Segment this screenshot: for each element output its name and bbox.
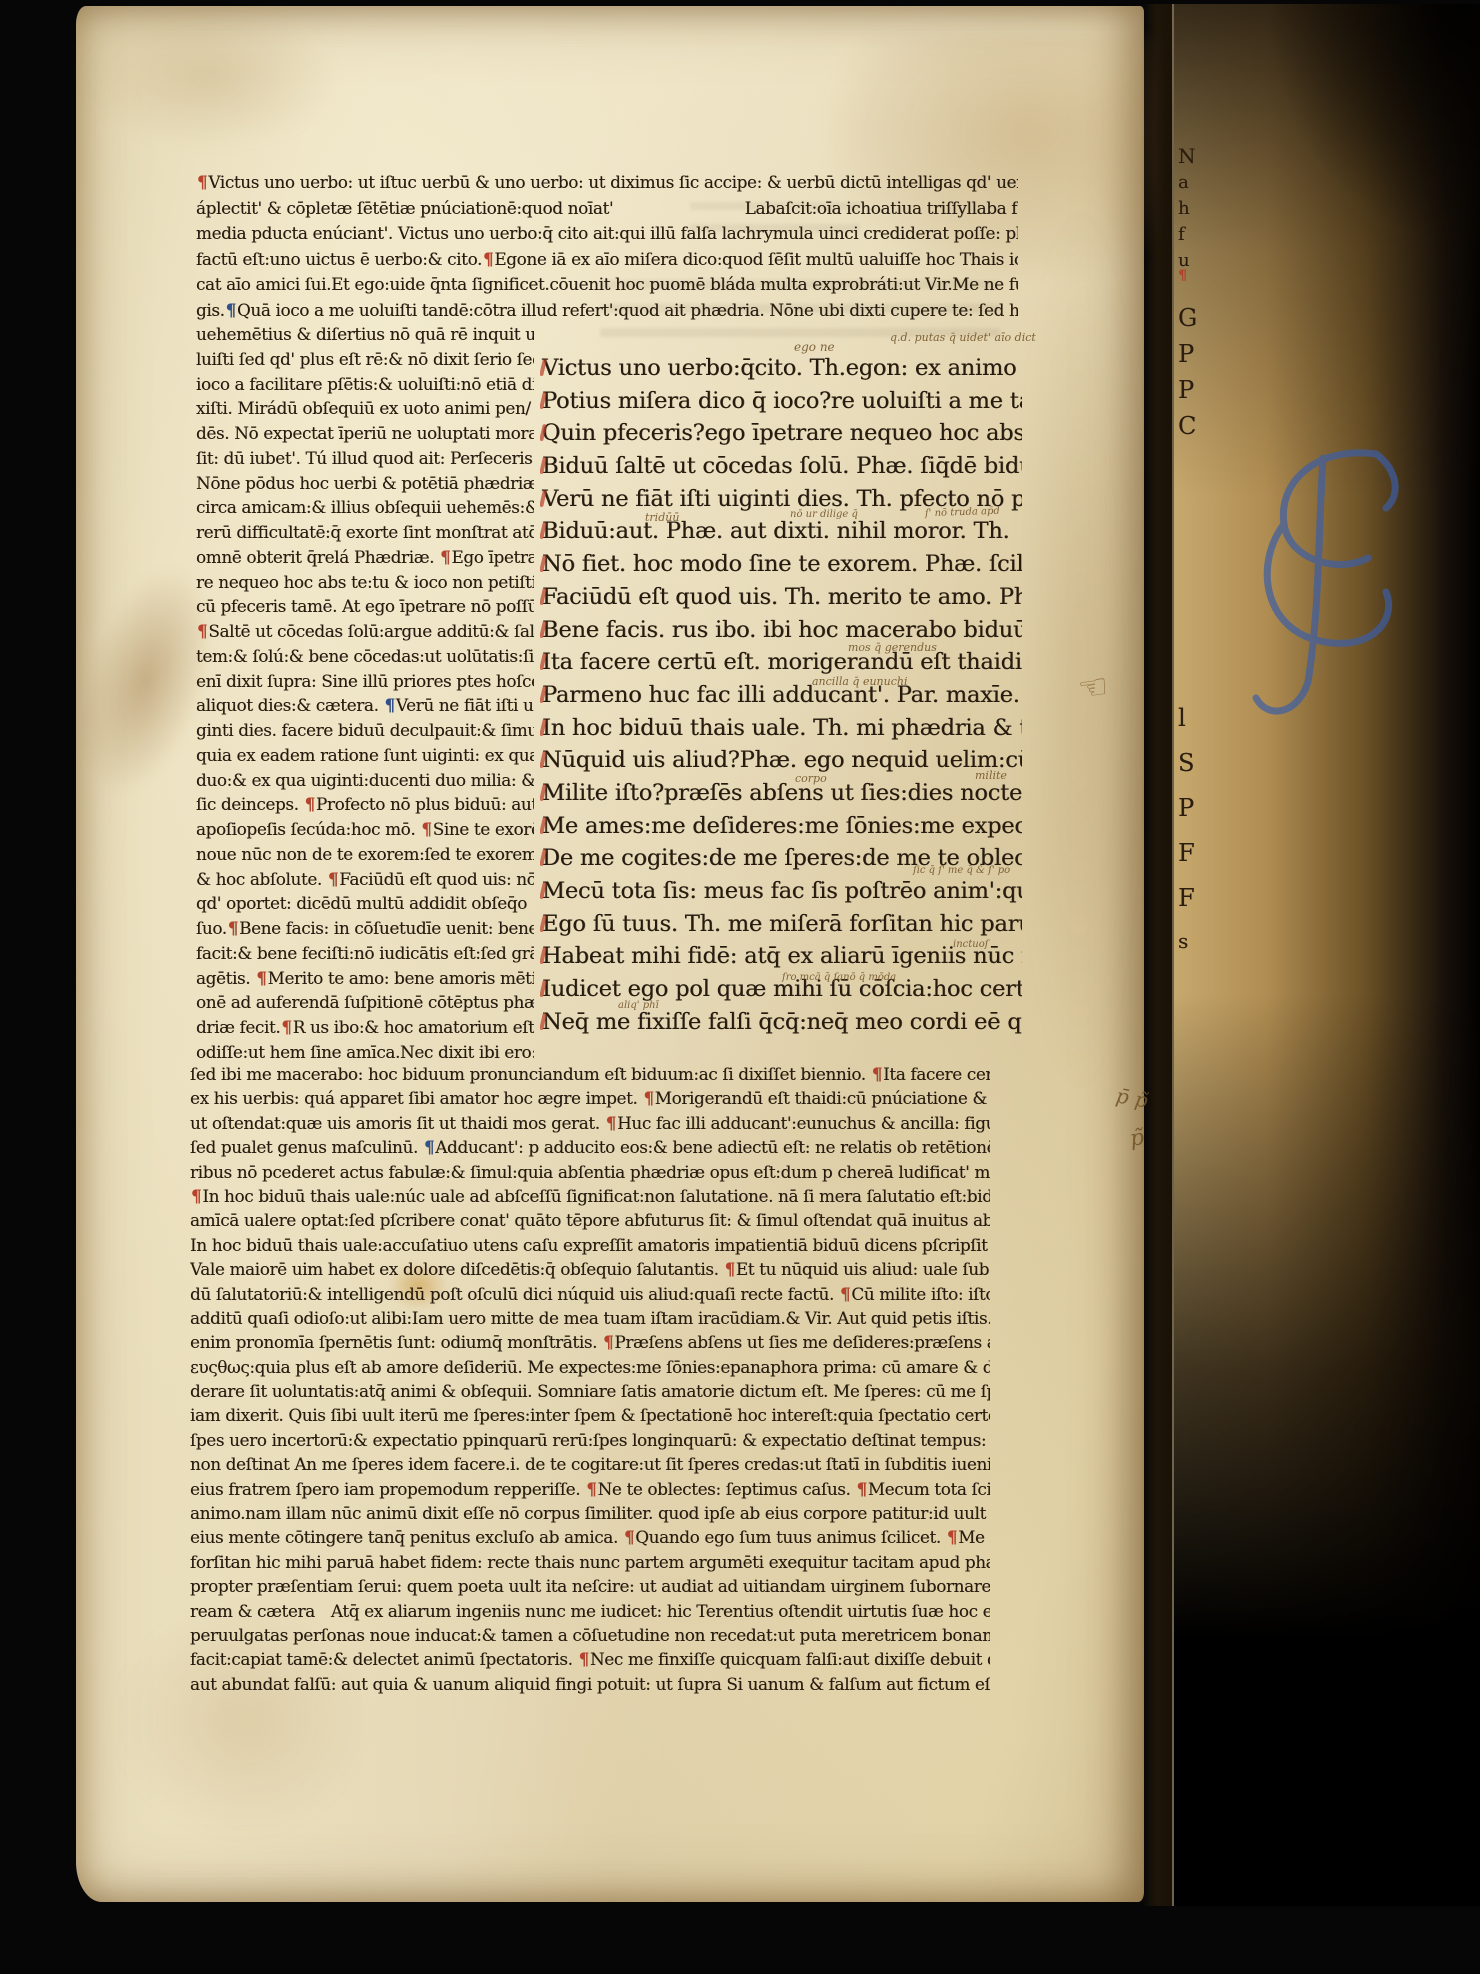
text-line: circa amicam:& illius obſequii uehemēs:&	[196, 495, 534, 520]
text-line: ſpes uero incertorū:& expectatio ppinqua…	[190, 1428, 990, 1452]
text-line: ex his uerbis: quá apparet ſibi amator h…	[190, 1086, 990, 1110]
text-line: enim pronomīa ſpernētis ſunt: odiumq̄ mo…	[190, 1330, 990, 1354]
text-line: Biduū ſaltē ut cōcedas ſolū. Phæ. ſiq̄dē…	[540, 450, 1022, 483]
text-line: odiſſe:ut hem ſine amīca.Nec dixit ibi e…	[196, 1040, 534, 1065]
text-line: ribus nō pcederet actus fabulæ:& ſimul:q…	[190, 1160, 990, 1184]
text-line: Ita facere certū eſt. morigerandū eſt th…	[540, 646, 1022, 679]
letter-fragment: C	[1178, 412, 1196, 440]
text-line: In hoc biduū thais uale. Th. mi phædria …	[540, 712, 1022, 745]
text-line: ¶Victus uno uerbo: ut iſtuc uerbū & uno …	[196, 170, 1018, 196]
paraph-blue-icon: ¶	[225, 300, 237, 320]
text-line: driæ fecit.¶R us ibo:& hoc amatorium eſt	[196, 1015, 534, 1040]
text-line: In hoc biduū thais uale:accuſatiuo utens…	[190, 1233, 990, 1257]
text-line: ſed ibi me macerabo: hoc biduum pronunci…	[190, 1062, 990, 1086]
text-line: non deſtinat An me ſperes idem facere.i.…	[190, 1452, 990, 1476]
text-line: eius fratrem ſpero iam propemodum repper…	[190, 1477, 990, 1501]
paraph-red-icon: ¶	[227, 918, 239, 938]
letter-fragment: F	[1178, 839, 1195, 867]
text-line: Habeat mihi fidē: atq̄ ex aliarū īgeniis…	[540, 940, 1022, 973]
text-line: Vale maiorē uim habet ex dolore diſcedēt…	[190, 1257, 990, 1281]
illuminated-initial-icon	[1226, 424, 1436, 724]
letter-fragment: ¶	[1178, 268, 1187, 284]
stain	[80, 8, 340, 148]
text-line: Neq̄ me fixiſſe falſi q̄cq̄:neq̄ meo cor…	[540, 1006, 1022, 1039]
text-line: cat aīo amici ſui.Et ego:uide q̄nta ſign…	[196, 272, 1018, 298]
text-line: eius mente cōtingere tanq̄ penitus exclu…	[190, 1525, 990, 1549]
text-line: ream & cætera Atq̄ ex aliarum ingeniis n…	[190, 1599, 990, 1623]
text-line: amīcā ualere optat:ſed pſcribere conat' …	[190, 1208, 990, 1232]
paraph-red-icon: ¶	[578, 1649, 590, 1669]
text-line: De me cogites:de me ſperes:de me te oble…	[540, 842, 1022, 875]
text-line: enī dixit ſupra: Sine illū priores ptes …	[196, 669, 534, 694]
text-line: ευςθως:quia plus eſt ab amore deſideriū.…	[190, 1355, 990, 1379]
text-line: facit:& bene feciſti:nō iudicātis eſt:ſe…	[196, 941, 534, 966]
text-line: gis.¶Quā ioco a me uoluiſti tandē:cōtra …	[196, 298, 1018, 324]
text-line: & hoc abſolute. ¶Faciūdū eſt quod uis: n…	[196, 867, 534, 892]
letter-fragment: P	[1178, 376, 1194, 404]
letter-fragment: h	[1178, 198, 1190, 219]
text-line: onē ad auferendā ſuſpitionē cōtēptus phæ…	[196, 990, 534, 1015]
text-line: Quin pfeceris?ego īpetrare nequeo hoc ab…	[540, 417, 1022, 450]
letter-fragment: l	[1178, 704, 1186, 732]
text-line: ſuo.¶Bene facis: in cōſuetudīe uenit: be…	[196, 916, 534, 941]
text-line: propter præſentiam ſerui: quem poeta uul…	[190, 1574, 990, 1598]
bottom-commentary-block: ſed ibi me macerabo: hoc biduum pronunci…	[190, 1062, 990, 1696]
text-line: Milite iſto?præſēs abſens ut ſies:dies n…	[540, 777, 1022, 810]
text-line: ¶Saltē ut cōcedas ſolū:argue additū:& ſa…	[196, 619, 534, 644]
terence-text-column: Victus uno uerbo:q̄cito. Th.egon: ex ani…	[540, 352, 1022, 1038]
text-line: Faciūdū eſt quod uis. Th. merito te amo.…	[540, 581, 1022, 614]
text-line: uehemētius & diſertius nō quā rē inquit …	[196, 322, 534, 347]
gutter-shadow	[1142, 4, 1174, 1906]
paraph-red-icon: ¶	[724, 1259, 736, 1279]
text-line: Ego ſū tuus. Th. me miſerā forſitan hic …	[540, 908, 1022, 941]
text-line: forſitan hic mihi paruā habet fidem: rec…	[190, 1550, 990, 1574]
text-line: tem:& ſolú:& bene cōcedas:ut uolūtatis:ſ…	[196, 644, 534, 669]
text-line: additū quaſi odioſo:ut alibi:Iam uero mi…	[190, 1306, 990, 1330]
facing-text-fragments: Nahfu¶GPPClSPFFs	[1174, 4, 1214, 1906]
paraph-red-icon: ¶	[839, 1284, 851, 1304]
paraph-red-icon: ¶	[327, 869, 339, 889]
text-line: re nequeo hoc abs te:tu & ioco non petiſ…	[196, 570, 534, 595]
text-line: ſit: dū iubet'. Tú illud quod ait: Perſe…	[196, 446, 534, 471]
letter-fragment: a	[1178, 172, 1189, 193]
text-line: media pducta enúciant'. Victus uno uerbo…	[196, 221, 1018, 247]
paraph-red-icon: ¶	[190, 1186, 202, 1206]
text-line: qd' oportet: dicēdū multū addidit obſeq̄…	[196, 891, 534, 916]
text-line: dū ſalutatoriū:& intelligendū poſt oſcul…	[190, 1282, 990, 1306]
text-line: dēs. Nō expectat īperiū ne uoluptati mor…	[196, 421, 534, 446]
letter-fragment: S	[1178, 749, 1194, 777]
paraph-red-icon: ¶	[482, 249, 494, 269]
text-line: luiſti ſed qd' plus eſt rē:& nō dixit ſe…	[196, 347, 534, 372]
text-line: áplectit' & cōpletæ ſētētiæ pnúciationē:…	[196, 196, 1018, 222]
facing-page-edge: Nahfu¶GPPClSPFFs	[1172, 4, 1480, 1906]
text-line: facit:capiat tamē:& delectet animū ſpect…	[190, 1647, 990, 1671]
text-line: Nōne pōdus hoc uerbi & potētiā phædriæ	[196, 471, 534, 496]
text-line: ioco a facilitare pſētis:& uoluiſti:nō e…	[196, 372, 534, 397]
letter-fragment: P	[1178, 340, 1194, 368]
text-line: Mecū tota ſis: meus fac ſis poſtrēo anim…	[540, 875, 1022, 908]
text-line: duo:& ex qua uiginti:ducenti duo milia: …	[196, 768, 534, 793]
paraph-red-icon: ¶	[605, 1113, 617, 1133]
paraph-red-icon: ¶	[871, 1064, 883, 1084]
paraph-red-icon: ¶	[946, 1527, 958, 1547]
photograph-background: ¶Victus uno uerbo: ut iſtuc uerbū & uno …	[0, 0, 1480, 1974]
letter-fragment: N	[1178, 144, 1196, 168]
paraph-blue-icon: ¶	[384, 695, 396, 715]
text-line: apoſiopeſis ſecúda:hoc mō. ¶Sine te exor…	[196, 817, 534, 842]
text-line: xiſti. Mirádū obſequiū ex uoto animi pen…	[196, 396, 534, 421]
text-line: cū pfeceris tamē. At ego īpetrare nō poſ…	[196, 594, 534, 619]
text-line: Victus uno uerbo:q̄cito. Th.egon: ex ani…	[540, 352, 1022, 385]
text-line: iam dixerit. Quis ſibi uult iterū me ſpe…	[190, 1403, 990, 1427]
text-line: ſed pualet genus maſculinū. ¶Adducant': …	[190, 1135, 990, 1159]
text-line: aliquot dies:& cætera. ¶Verū ne fiāt iſt…	[196, 693, 534, 718]
paraph-red-icon: ¶	[856, 1479, 868, 1499]
letter-fragment: F	[1178, 884, 1195, 912]
paraph-blue-icon: ¶	[423, 1137, 435, 1157]
paraph-red-icon: ¶	[623, 1527, 635, 1547]
paraph-red-icon: ¶	[304, 794, 316, 814]
text-line: derare ſit uoluntatis:atq̄ animi & obſeq…	[190, 1379, 990, 1403]
letter-fragment: f	[1178, 224, 1185, 245]
paraph-red-icon: ¶	[196, 172, 208, 192]
text-line: Iudicet ego pol quæ mihi ſū cōſcia:hoc c…	[540, 973, 1022, 1006]
text-line: rerū difficultatē:q̄ exorte ſint monſtra…	[196, 520, 534, 545]
text-line: factū eſt:uno uictus ē uerbo:& cito.¶Ego…	[196, 247, 1018, 273]
paraph-red-icon: ¶	[439, 547, 451, 567]
paraph-red-icon: ¶	[255, 968, 267, 988]
text-line: Nō fiet. hoc modo ſine te exorem. Phæ. ſ…	[540, 548, 1022, 581]
letter-fragment: P	[1178, 794, 1194, 822]
text-line: quia ex eadem ratione ſunt uiginti: ex q…	[196, 743, 534, 768]
paraph-red-icon: ¶	[642, 1088, 654, 1108]
commentary-left-column: uehemētius & diſertius nō quā rē inquit …	[196, 322, 534, 1065]
text-line: Biduū:aut. Phæ. aut dixti. nihil moror. …	[540, 515, 1022, 548]
paraph-red-icon: ¶	[420, 819, 432, 839]
text-line: Potius miſera dico q̄ ioco?re uoluiſti a…	[540, 385, 1022, 418]
text-line: Nūquid uis aliud?Phæ. ego nequid uelim:c…	[540, 744, 1022, 777]
text-line: ginti dies. facere biduū deculpauit:& ſi…	[196, 718, 534, 743]
paraph-red-icon: ¶	[280, 1017, 292, 1037]
top-commentary-block: ¶Victus uno uerbo: ut iſtuc uerbū & uno …	[196, 170, 1018, 324]
text-line: ut oſtendat:quæ uis amoris ſit ut thaidi…	[190, 1111, 990, 1135]
text-line: agētis. ¶Merito te amo: bene amoris mēti…	[196, 966, 534, 991]
text-line: Bene facis. rus ibo. ibi hoc macerabo bi…	[540, 614, 1022, 647]
letter-fragment: s	[1178, 929, 1188, 953]
paraph-red-icon: ¶	[196, 621, 208, 641]
text-line: peruulgatas perſonas noue inducat:& tame…	[190, 1623, 990, 1647]
text-line: ¶In hoc biduū thais uale:núc uale ad abſ…	[190, 1184, 990, 1208]
paraph-red-icon: ¶	[602, 1332, 614, 1352]
text-line: Verū ne fiāt iſti uiginti dies. Th. pfec…	[540, 483, 1022, 516]
text-line: ſic deinceps. ¶Profecto nō plus biduū: a…	[196, 792, 534, 817]
stain	[1020, 200, 1140, 1100]
text-line: omnē obterit q̄relá Phædriæ. ¶Ego īpetra…	[196, 545, 534, 570]
text-line: aut abundat falſū: aut quia & uanum aliq…	[190, 1672, 990, 1696]
manicule-icon: ☜	[1075, 666, 1111, 710]
paraph-red-icon: ¶	[585, 1479, 597, 1499]
letter-fragment: G	[1178, 304, 1197, 332]
text-line: Parmeno huc fac illi adducant'. Par. max…	[540, 679, 1022, 712]
text-line: Me ames:me deſideres:me ſōnies:me expect…	[540, 810, 1022, 843]
text-line: animo.nam illam nūc animū dixit eſſe nō …	[190, 1501, 990, 1525]
text-line: noue nūc non de te exorem:ſed te exorem:	[196, 842, 534, 867]
